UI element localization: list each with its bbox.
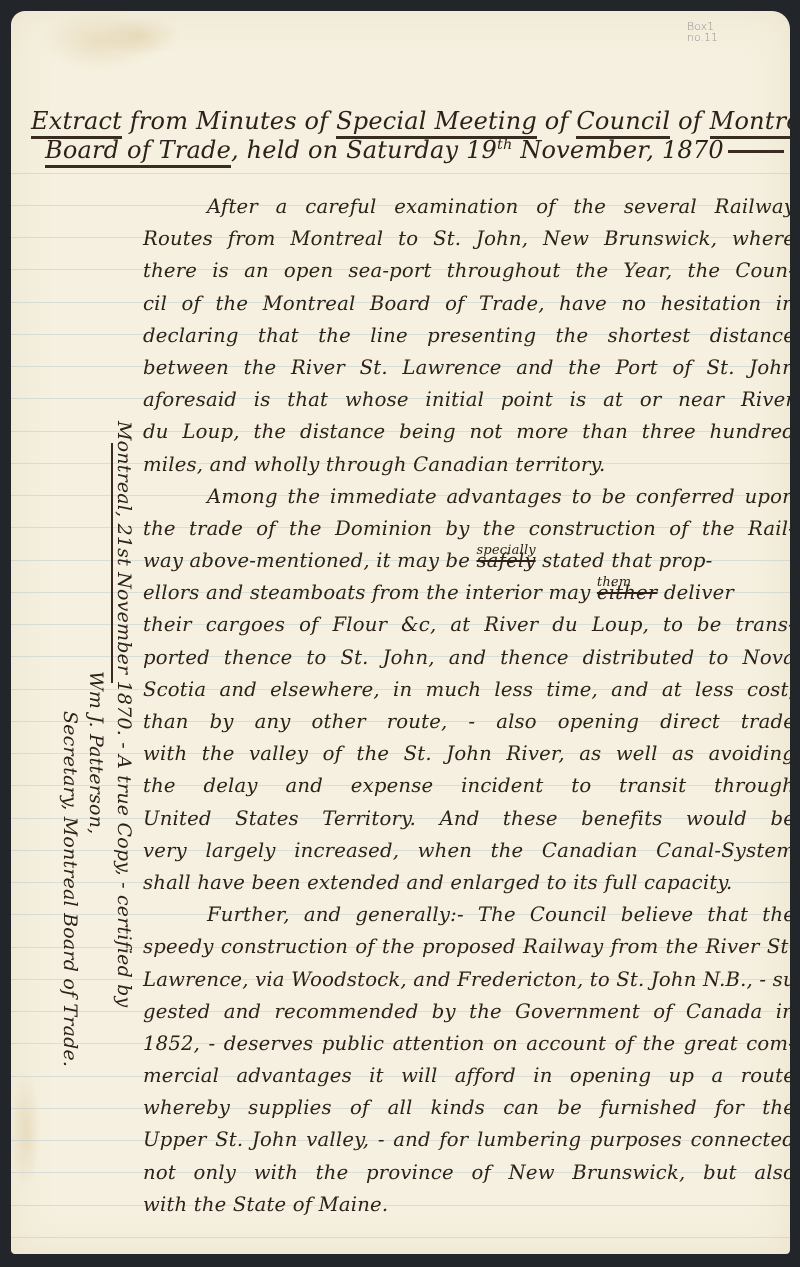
struck-word: speciallysafely bbox=[477, 549, 536, 572]
text-segment: deliver bbox=[664, 581, 734, 604]
text-line: ported thence to St. John, and thence di… bbox=[143, 642, 790, 674]
text-line: cil of the Montreal Board of Trade, have… bbox=[143, 288, 790, 320]
text-line: whereby supplies of all kinds can be fur… bbox=[143, 1092, 790, 1124]
title-text: of bbox=[670, 107, 709, 135]
text-line: Routes from Montreal to St. John, New Br… bbox=[143, 223, 790, 255]
margin-note-line-3: Secretary, Montreal Board of Trade. bbox=[59, 711, 81, 1067]
archive-label: Box1 no.11 bbox=[687, 21, 718, 43]
text-line: not only with the province of New Brunsw… bbox=[143, 1157, 790, 1189]
text-line: Lawrence, via Woodstock, and Fredericton… bbox=[143, 964, 790, 996]
text-segment: way above-mentioned, it may be bbox=[143, 549, 470, 572]
manuscript-page: Box1 no.11 Extract from Minutes of Speci… bbox=[11, 11, 790, 1254]
title-superscript: th bbox=[497, 137, 512, 153]
text-line: 1852, - deserves public attention on acc… bbox=[143, 1028, 790, 1060]
text-line-with-edit: way above-mentioned, it may be specially… bbox=[143, 545, 790, 577]
title-text: November, 1870 bbox=[512, 136, 723, 164]
text-line: with the State of Maine. bbox=[143, 1189, 790, 1221]
text-line: very largely increased, when the Canadia… bbox=[143, 835, 790, 867]
text-line: their cargoes of Flour &c, at River du L… bbox=[143, 609, 790, 641]
title-text: , held on Saturday 19 bbox=[231, 136, 497, 164]
text-line: United States Territory. And these benef… bbox=[143, 803, 790, 835]
text-line-with-edit: ellors and steamboats from the interior … bbox=[143, 577, 790, 609]
text-line: with the valley of the St. John River, a… bbox=[143, 738, 790, 770]
body-text: After a careful examination of the sever… bbox=[143, 191, 790, 1221]
ruled-line bbox=[11, 173, 790, 174]
text-line: Upper St. John valley, - and for lumberi… bbox=[143, 1124, 790, 1156]
text-line: Further, and generally:- The Council bel… bbox=[143, 899, 790, 931]
title-flourish bbox=[728, 150, 784, 153]
text-line: than by any other route, - also opening … bbox=[143, 706, 790, 738]
text-line: aforesaid is that whose initial point is… bbox=[143, 384, 790, 416]
title-word-board-of-trade: Board of Trade bbox=[45, 136, 231, 168]
title-line-2: Board of Trade, held on Saturday 19th No… bbox=[45, 135, 784, 165]
text-line: gested and recommended by the Government… bbox=[143, 996, 790, 1028]
text-line: miles, and wholly through Canadian terri… bbox=[143, 449, 790, 481]
text-line: declaring that the line presenting the s… bbox=[143, 320, 790, 352]
text-line: the delay and expense incident to transi… bbox=[143, 770, 790, 802]
archive-number: no.11 bbox=[687, 32, 718, 43]
text-line: shall have been extended and enlarged to… bbox=[143, 867, 790, 899]
text-line: mercial advantages it will afford in ope… bbox=[143, 1060, 790, 1092]
title-text: from Minutes of bbox=[122, 107, 336, 135]
margin-note-line-1: Montreal, 21st November 1870. - A true C… bbox=[113, 421, 135, 1007]
inserted-word: them bbox=[597, 567, 631, 599]
paper-stain bbox=[101, 16, 181, 56]
text-line: between the River St. Lawrence and the P… bbox=[143, 352, 790, 384]
text-line: speedy construction of the proposed Rail… bbox=[143, 931, 790, 963]
title-line-1: Extract from Minutes of Special Meeting … bbox=[31, 106, 790, 136]
text-line: Among the immediate advantages to be con… bbox=[143, 481, 790, 513]
text-line: du Loup, the distance being not more tha… bbox=[143, 416, 790, 448]
struck-word: themeither bbox=[597, 581, 658, 604]
text-line: the trade of the Dominion by the constru… bbox=[143, 513, 790, 545]
text-segment: ellors and steamboats from the interior … bbox=[143, 581, 590, 604]
margin-note-signature: Wm J. Patterson, bbox=[85, 671, 107, 834]
margin-certification-note: Montreal, 21st November 1870. - A true C… bbox=[29, 421, 139, 1241]
text-line: After a careful examination of the sever… bbox=[143, 191, 790, 223]
inserted-word: specially bbox=[477, 535, 536, 567]
title-text: of bbox=[537, 107, 576, 135]
text-line: Scotia and elsewhere, in much less time,… bbox=[143, 674, 790, 706]
text-line: there is an open sea-port throughout the… bbox=[143, 255, 790, 287]
